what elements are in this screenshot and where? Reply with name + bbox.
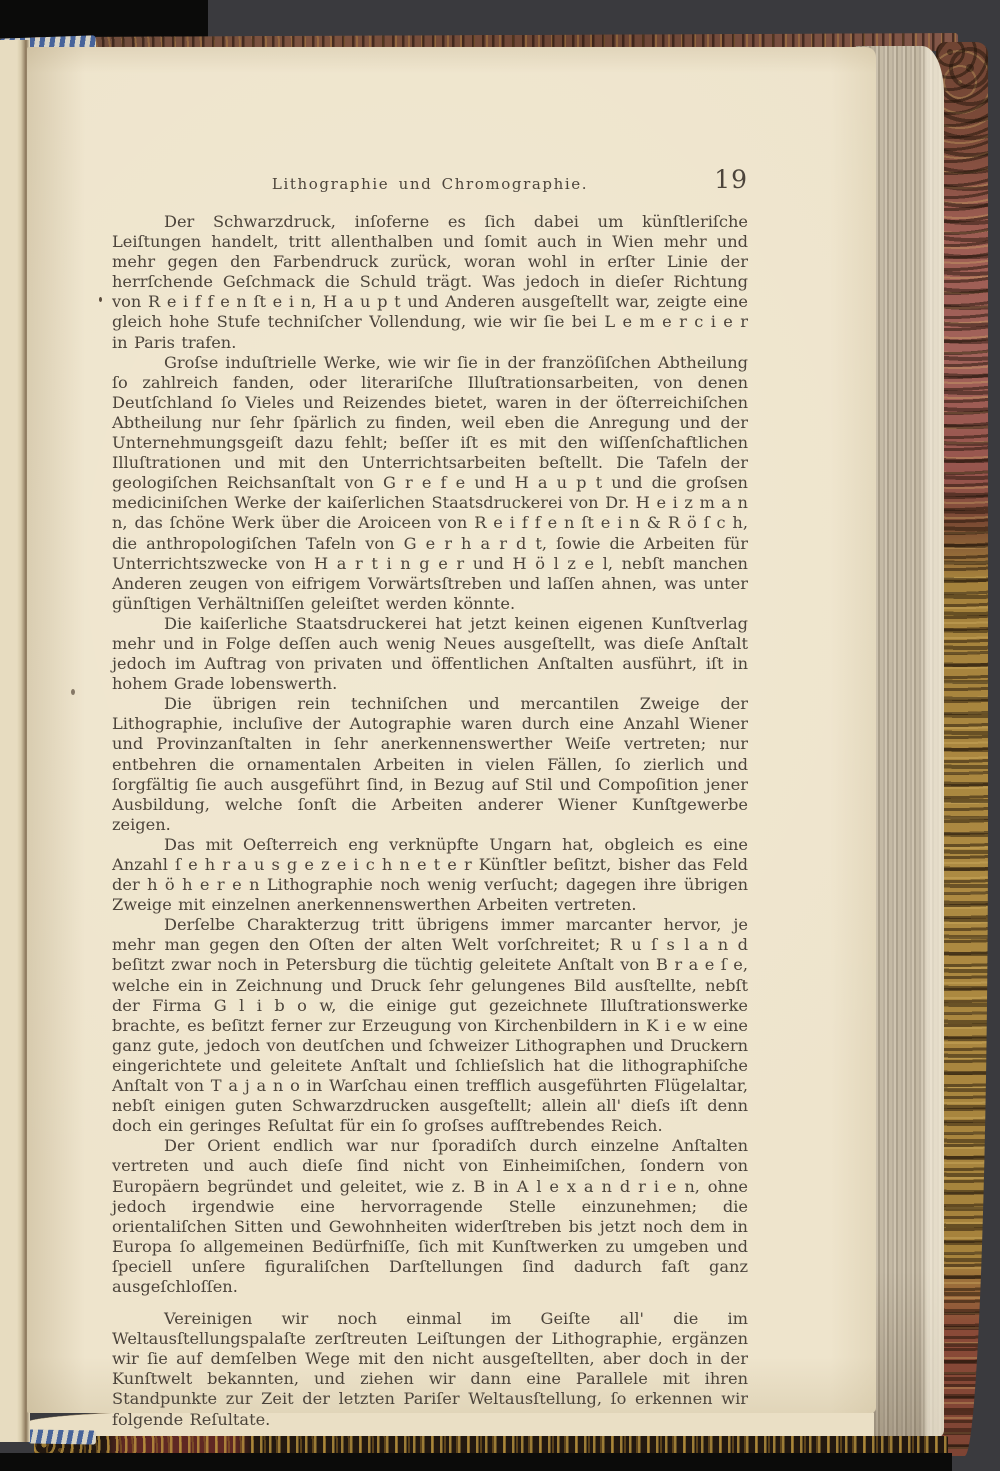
tailband <box>28 1429 96 1444</box>
background-shadow <box>0 0 208 38</box>
running-title: Lithographie und Chromographie. <box>112 169 748 193</box>
paragraph: Derſelbe Charakterzug tritt übrigens imm… <box>112 915 748 1136</box>
page-number: 19 <box>714 165 748 194</box>
paragraph: Der Orient endlich war nur ſporadiſch du… <box>112 1136 748 1297</box>
closing-paragraph: Vereinigen wir noch einmal im Geiſte all… <box>112 1309 748 1430</box>
book-page: Lithographie und Chromographie. 19 Der S… <box>27 47 876 1413</box>
book-scan-photo: Lithographie und Chromographie. 19 Der S… <box>0 0 1000 1471</box>
facing-page-gutter <box>0 40 30 1442</box>
background-shadow-bottom <box>0 1453 952 1471</box>
paragraph: Groſse induſtrielle Werke, wie wir ſie i… <box>112 353 748 614</box>
page-header: Lithographie und Chromographie. 19 <box>112 169 748 199</box>
paper-speck <box>71 689 75 695</box>
paragraph: Das mit Oeſterreich eng verknüpfte Ungar… <box>112 835 748 915</box>
paragraph: Die übrigen rein techniſchen und mercant… <box>112 694 748 835</box>
page-body: Der Schwarzdruck, inſoferne es ſich dabe… <box>112 212 748 1430</box>
paragraph: Der Schwarzdruck, inſoferne es ſich dabe… <box>112 212 748 353</box>
text-column: Lithographie und Chromographie. 19 Der S… <box>112 169 748 1430</box>
paper-speck <box>99 297 102 302</box>
paragraph: Die kaiſerliche Staatsdruckerei hat jetz… <box>112 614 748 694</box>
